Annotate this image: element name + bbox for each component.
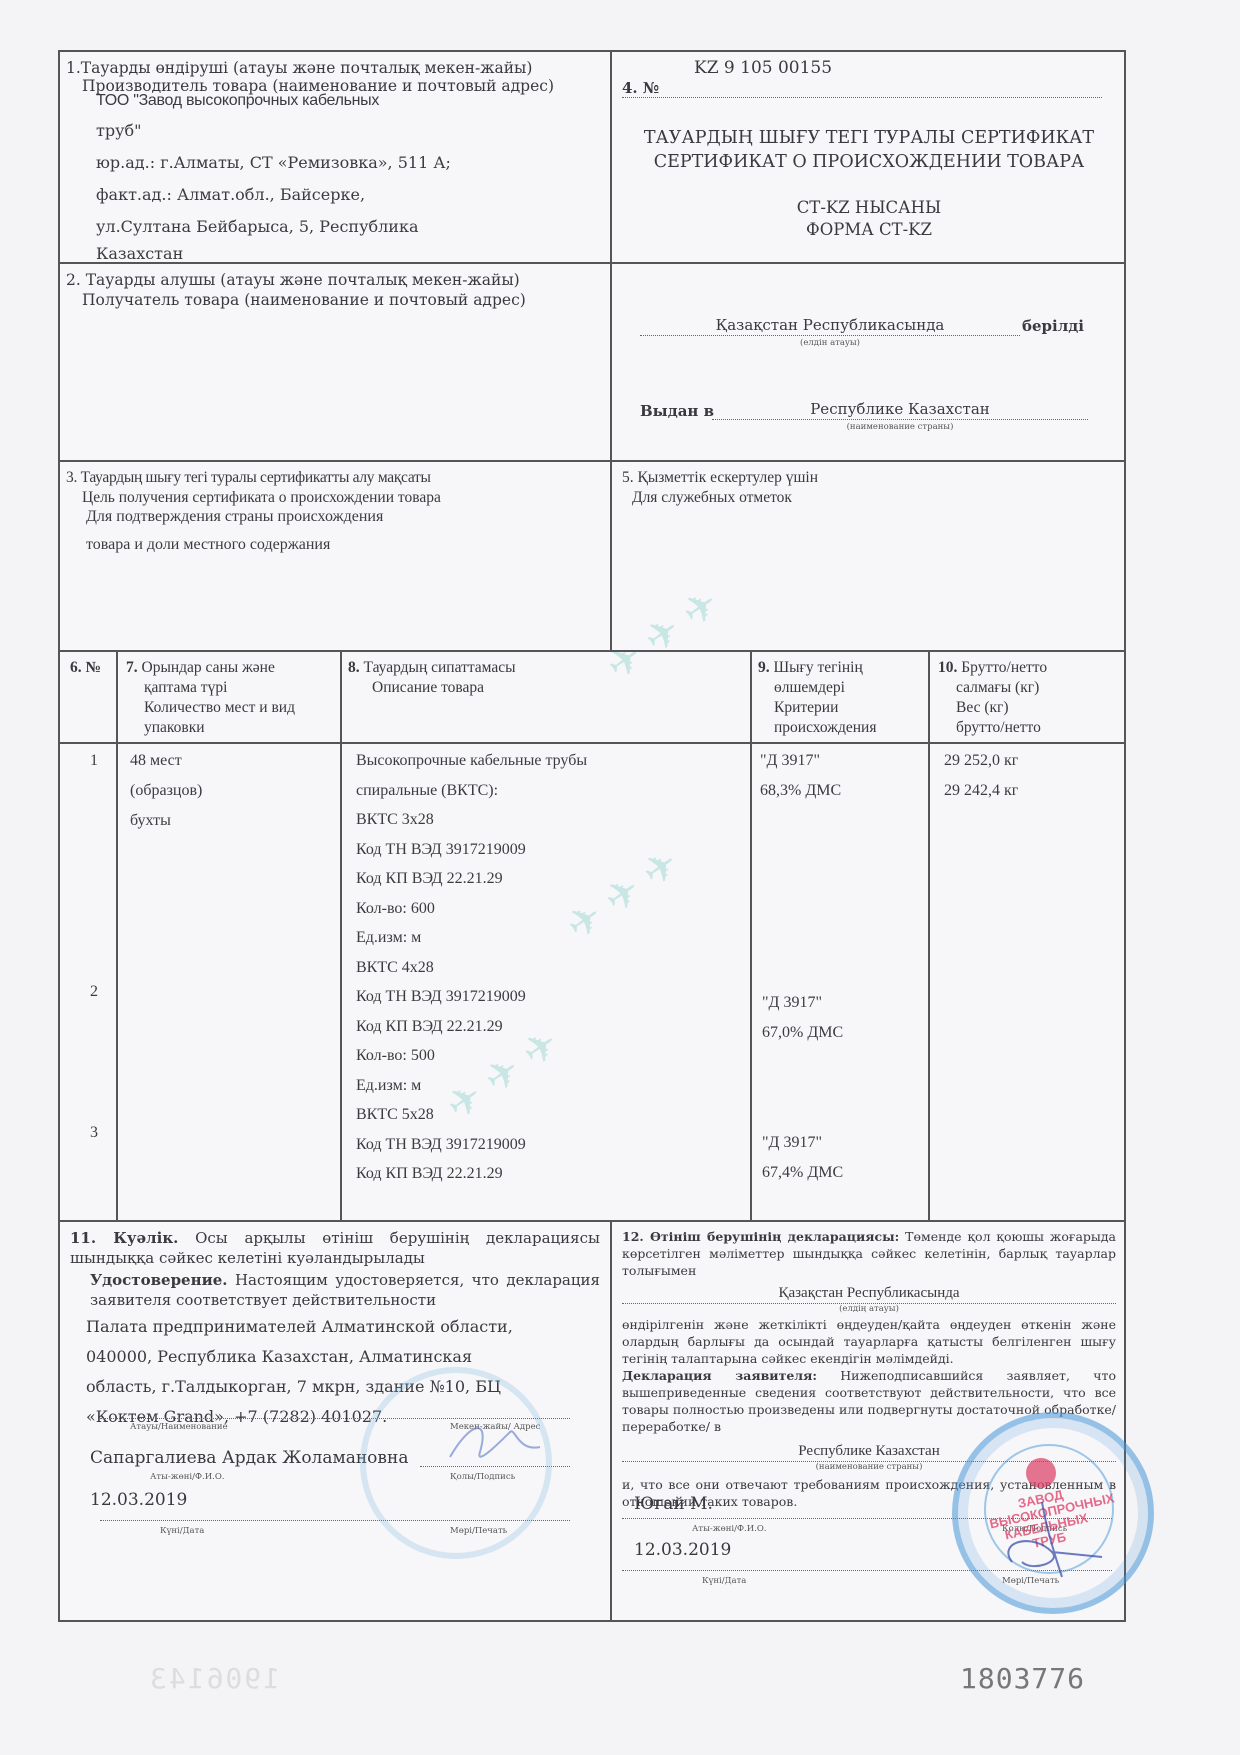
row-number: 1 [90, 746, 98, 775]
box-2-label-ru: Получатель товара (наименование и почтов… [66, 290, 610, 310]
box-4-issued-in: Қазақстан Республикасында берілді (елдін… [612, 264, 1126, 462]
certificate-title-kz: ТАУАРДЫҢ ШЫҒУ ТЕГІ ТУРАЛЫ СЕРТИФИКАТ [612, 126, 1126, 150]
description-line: Высокопрочные кабельные трубы [356, 746, 750, 776]
box-12-title: 12. Өтініш берушінің декларациясы: [622, 1229, 899, 1244]
form-serial-number: 1803776 [960, 1662, 1085, 1695]
country-caption-kz: (елдін атауы) [640, 338, 1020, 348]
description-line: Код ТН ВЭД 3917219009 [356, 1130, 750, 1160]
col-header-number: 6. № [60, 652, 118, 744]
producer-line: факт.ад.: Алмат.обл., Байсерке, [96, 179, 610, 211]
caption-name: Атауы/Наименование [130, 1422, 228, 1432]
description-line: Код ТН ВЭД 3917219009 [356, 835, 750, 865]
description-line: Ед.изм: м [356, 1071, 750, 1101]
caption-date: Күні/Дата [160, 1526, 204, 1536]
description-line: спиральные (ВКТС): [356, 776, 750, 806]
box-4-certificate-number: KZ 9 105 00155 4. № ТАУАРДЫҢ ШЫҒУ ТЕГІ Т… [612, 52, 1126, 264]
certificate-title-ru: СЕРТИФИКАТ О ПРОИСХОЖДЕНИИ ТОВАРА [612, 150, 1126, 174]
col-header-weight: 10. Брутто/нетто салмағы (кг) Вес (кг) б… [930, 652, 1126, 744]
caption-fio: Аты-жөні/Ф.И.О. [692, 1524, 767, 1534]
criteria-value: "Д 3917" [762, 1128, 822, 1158]
description-line: Кол-во: 500 [356, 1041, 750, 1071]
col-criteria: "Д 3917" 68,3% ДМС "Д 3917" 67,0% ДМС "Д… [752, 744, 930, 1222]
form-name-ru: ФОРМА СТ-KZ [612, 218, 1126, 242]
issued-prefix-ru: Выдан в [640, 402, 714, 420]
description-line: ВКТС 5х28 [356, 1100, 750, 1130]
declarant-name: Югай М. [634, 1494, 713, 1514]
box-11-title-ru: Удостоверение. [90, 1271, 227, 1289]
package-line: (образцов) [130, 776, 340, 806]
criteria-value: "Д 3917" [762, 988, 822, 1018]
chamber-address-line: 040000, Республика Казахстан, Алматинска… [86, 1342, 600, 1372]
ghost-serial: 1906143 [148, 1662, 280, 1695]
description-line: Код ТН ВЭД 3917219009 [356, 982, 750, 1012]
box-12-text-kz-2: өндірілгенін және жеткілікті өңдеуден/қа… [622, 1316, 1116, 1367]
box-3-label-kz: 3. Тауардың шығу тегі туралы сертификатт… [66, 468, 610, 488]
col-description: Высокопрочные кабельные трубы спиральные… [342, 744, 752, 1222]
description-line: ВКТС 4х28 [356, 953, 750, 983]
col-header-criteria: 9. Шығу тегінің өлшемдері Критерии проис… [752, 652, 930, 744]
criteria-value: 67,4% ДМС [762, 1158, 843, 1188]
company-logo-icon [1026, 1458, 1056, 1488]
declaration-date: 12.03.2019 [634, 1540, 731, 1560]
chamber-stamp-icon [360, 1367, 552, 1559]
description-line: Код КП ВЭД 22.21.29 [356, 864, 750, 894]
box-11-title-kz: 11. Куәлік. [70, 1229, 178, 1247]
box-11-certification: 11. Куәлік. Осы арқылы өтініш берушінің … [60, 1222, 612, 1622]
producer-line: ул.Султана Бейбарыса, 5, Республика [96, 211, 610, 243]
certification-date: 12.03.2019 [90, 1490, 187, 1510]
box-5-label-ru: Для служебных отметок [622, 488, 1126, 508]
row-number: 3 [90, 1118, 98, 1147]
description-line: Ед.изм: м [356, 923, 750, 953]
box-5-official-notes: 5. Қызметтік ескертулер үшін Для служебн… [612, 462, 1126, 652]
criteria-value: 67,0% ДМС [762, 1018, 843, 1048]
criteria-value: "Д 3917" [760, 746, 820, 776]
description-line: Код КП ВЭД 22.21.29 [356, 1159, 750, 1189]
caption-date: Күні/Дата [702, 1576, 746, 1586]
caption-fio: Аты-жөні/Ф.И.О. [150, 1472, 225, 1482]
box-2-label-kz: 2. Тауарды алушы (атауы және почталық ме… [66, 270, 610, 290]
issued-suffix-kz: берілді [1022, 317, 1084, 335]
country-caption-ru: (наименование страны) [712, 422, 1088, 432]
certificate-number: KZ 9 105 00155 [694, 58, 832, 78]
producer-line: труб" [96, 115, 610, 147]
box-1-label-kz: 1.Тауарды өндіруші (атауы және почталық … [66, 58, 610, 78]
box-5-label-kz: 5. Қызметтік ескертулер үшін [622, 468, 1126, 488]
chamber-address-line: Палата предпринимателей Алматинской обла… [86, 1312, 600, 1342]
weight-net: 29 242,4 кг [944, 776, 1126, 806]
col-header-description: 8. Тауардың сипаттамасы Описание товара [342, 652, 752, 744]
purpose-line: Для подтверждения страны происхождения [66, 504, 610, 530]
col-packages: 48 мест (образцов) бухты [118, 744, 342, 1222]
declaration-country-kz: Қазақстан Республикасында [622, 1285, 1116, 1303]
package-line: 48 мест [130, 746, 340, 776]
box-12-title-ru: Декларация заявителя: [622, 1368, 817, 1383]
box-3-purpose: 3. Тауардың шығу тегі туралы сертификатт… [60, 462, 612, 652]
package-line: бухты [130, 806, 340, 836]
col-numbers: 1 2 3 [60, 744, 118, 1222]
description-line: Код КП ВЭД 22.21.29 [356, 1012, 750, 1042]
form-name-kz: СТ-KZ НЫСАНЫ [612, 196, 1126, 220]
issued-country-kz: Қазақстан Республикасында [640, 316, 1020, 335]
issued-country-ru: Республике Казахстан [712, 400, 1088, 419]
purpose-line: товара и доли местного содержания [66, 530, 610, 560]
box-12-declaration: 12. Өтініш берушінің декларациясы: Төмен… [612, 1222, 1126, 1622]
col-header-packages: 7. Орындар саны және қаптама түрі Количе… [118, 652, 342, 744]
declarant-signature [992, 1492, 1112, 1582]
weight-gross: 29 252,0 кг [944, 746, 1126, 776]
number-label: 4. № [622, 79, 659, 97]
criteria-value: 68,3% ДМС [760, 776, 841, 806]
producer-line: юр.ад.: г.Алматы, СТ «Ремизовка», 511 А; [96, 147, 610, 179]
box-1-producer: 1.Тауарды өндіруші (атауы және почталық … [60, 52, 612, 264]
row-number: 2 [90, 977, 98, 1006]
col-weight: 29 252,0 кг 29 242,4 кг [930, 744, 1126, 1222]
description-line: ВКТС 3х28 [356, 805, 750, 835]
certificate-form: ✈ ✈ ✈ ✈ ✈ ✈ ✈ ✈ ✈ 1.Тауарды өндіруші (ат… [58, 50, 1126, 1622]
declaration-country-caption-kz: (елдің атауы) [622, 1304, 1116, 1314]
producer-line: Казахстан [96, 243, 610, 265]
box-2-recipient: 2. Тауарды алушы (атауы және почталық ме… [60, 264, 612, 462]
description-line: Кол-во: 600 [356, 894, 750, 924]
